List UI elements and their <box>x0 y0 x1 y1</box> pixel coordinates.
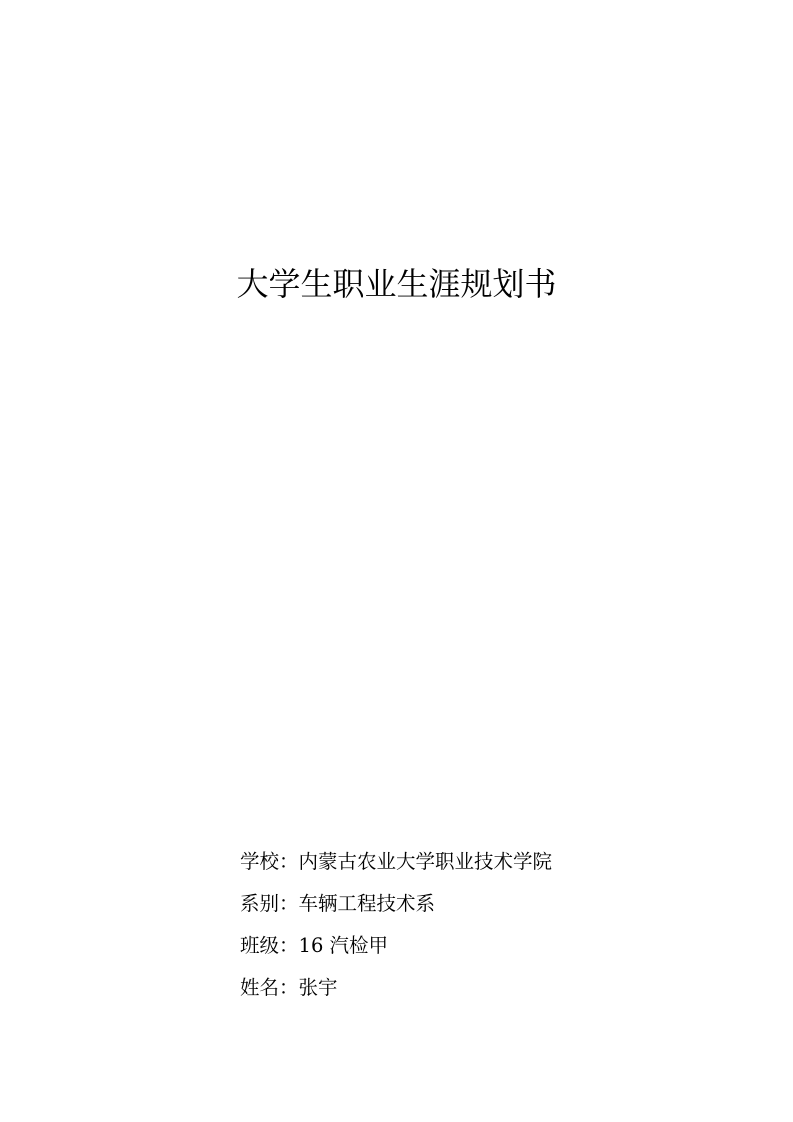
info-line-school: 学校：内蒙古农业大学职业技术学院 <box>240 852 552 872</box>
info-label: 姓名 <box>240 976 279 999</box>
info-line-class: 班级：16 汽检甲 <box>240 936 552 956</box>
info-label: 学校 <box>240 850 279 873</box>
info-label: 班级 <box>240 934 279 957</box>
info-separator: ： <box>279 850 299 873</box>
info-separator: ： <box>279 892 299 915</box>
info-separator: ： <box>279 976 299 999</box>
document-page: 大学生职业生涯规划书 学校：内蒙古农业大学职业技术学院 系别：车辆工程技术系 班… <box>0 0 793 1122</box>
info-separator: ： <box>279 934 299 957</box>
info-label: 系别 <box>240 892 279 915</box>
info-line-department: 系别：车辆工程技术系 <box>240 894 552 914</box>
cover-info-block: 学校：内蒙古农业大学职业技术学院 系别：车辆工程技术系 班级：16 汽检甲 姓名… <box>240 852 552 1020</box>
info-value-school: 内蒙古农业大学职业技术学院 <box>299 850 553 873</box>
info-value-class: 16 汽检甲 <box>299 934 389 957</box>
info-value-name: 张宇 <box>299 976 338 999</box>
info-line-name: 姓名：张宇 <box>240 978 552 998</box>
info-value-department: 车辆工程技术系 <box>299 892 436 915</box>
document-title: 大学生职业生涯规划书 <box>0 262 793 306</box>
